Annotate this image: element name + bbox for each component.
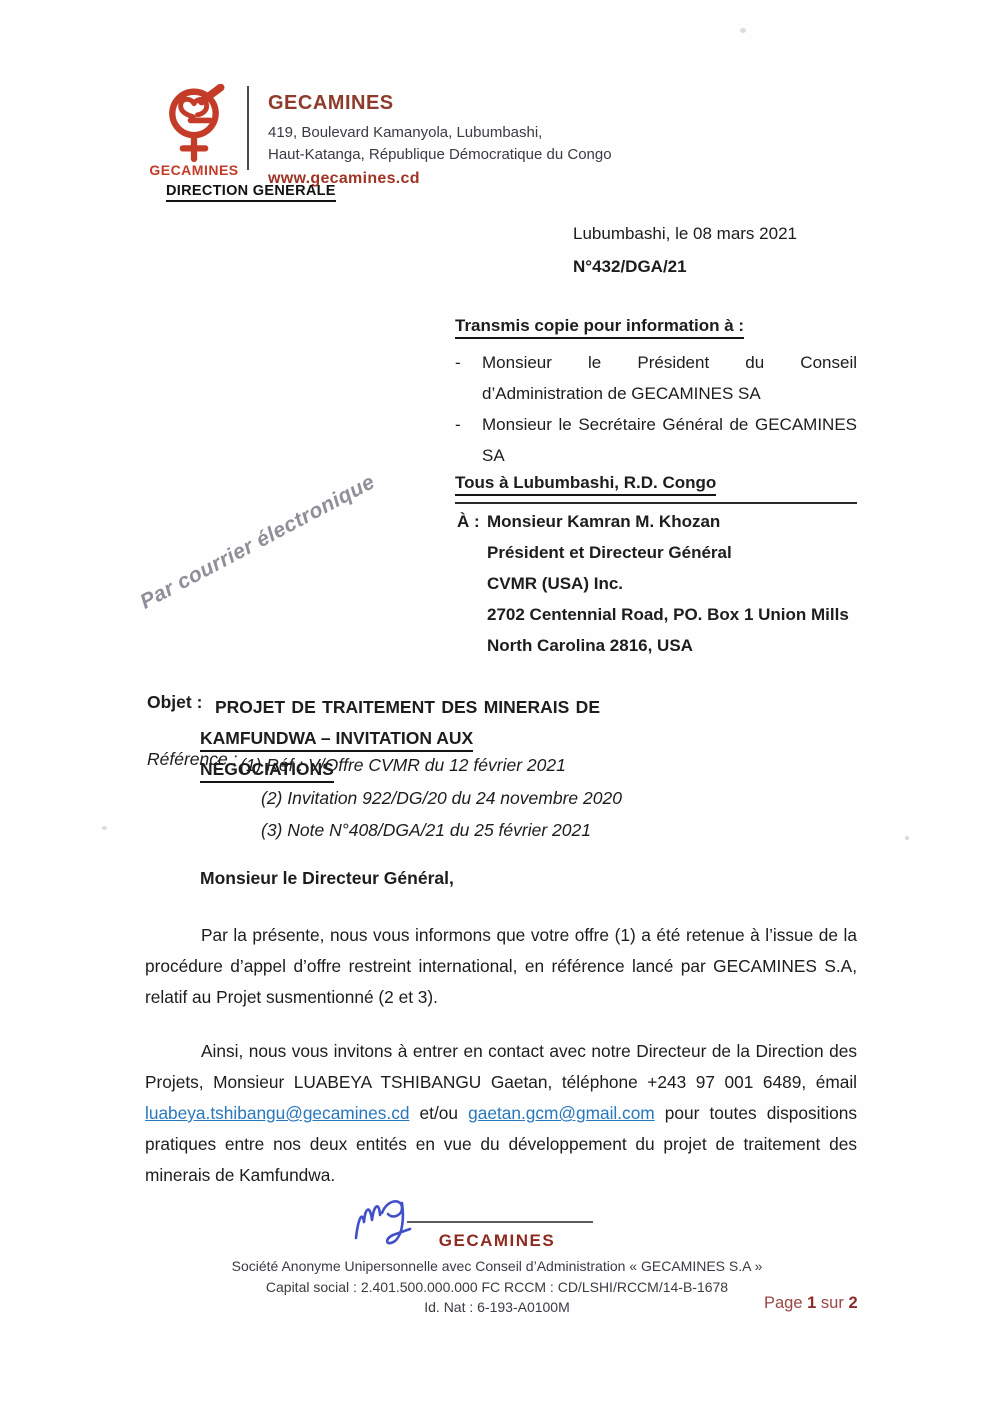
paragraph2-text: et/ou <box>409 1103 468 1123</box>
body-paragraph-2: Ainsi, nous vous invitons à entrer en co… <box>145 1036 857 1191</box>
body-paragraph-1: Par la présente, nous vous informons que… <box>145 920 857 1013</box>
copy-block-title: Transmis copie pour information à : <box>455 316 857 336</box>
references-block: Référence : (1) Réf : V/Offre CVMR du 12… <box>147 749 622 847</box>
scan-speck <box>740 28 746 33</box>
footer-block: GECAMINES Société Anonyme Unipersonnelle… <box>146 1231 848 1318</box>
recipient-block: À : Monsieur Kamran M. Khozan Président … <box>457 506 859 661</box>
letter-page: GECAMINES GECAMINES 419, Boulevard Kaman… <box>0 0 992 1403</box>
email-link-gecamines[interactable]: luabeya.tshibangu@gecamines.cd <box>145 1103 409 1123</box>
company-website: www.gecamines.cd <box>268 170 748 188</box>
copy-location-line: Tous à Lubumbashi, R.D. Congo <box>455 473 857 493</box>
recipient-name: Monsieur Kamran M. Khozan <box>487 506 720 537</box>
electronic-mail-stamp: Par courrier électronique <box>136 467 386 615</box>
paragraph2-text: Ainsi, nous vous invitons à entrer en co… <box>145 1041 857 1092</box>
copy-item: - Monsieur le Secrétaire Général de GECA… <box>455 409 857 471</box>
letterhead: GECAMINES 419, Boulevard Kamanyola, Lubu… <box>268 92 748 188</box>
recipient-street: 2702 Centennial Road, PO. Box 1 Union Mi… <box>487 599 849 630</box>
signature-line <box>407 1221 593 1223</box>
salutation: Monsieur le Directeur Général, <box>200 868 454 889</box>
department-title: DIRECTION GENERALE <box>166 183 336 199</box>
recipient-company: CVMR (USA) Inc. <box>487 568 623 599</box>
footer-legal-line1: Société Anonyme Unipersonnelle avec Cons… <box>146 1256 848 1277</box>
company-address-line2: Haut-Katanga, République Démocratique du… <box>268 144 748 166</box>
copy-item: - Monsieur le Président du Conseil d’Adm… <box>455 347 857 409</box>
reference-item: (1) Réf : V/Offre CVMR du 12 février 202… <box>240 749 622 782</box>
recipient-title: Président et Directeur Général <box>487 537 732 568</box>
page-number-indicator: Page 1 sur 2 <box>764 1294 858 1313</box>
horizontal-rule <box>455 502 857 504</box>
scan-speck <box>102 826 107 830</box>
company-name: GECAMINES <box>268 92 748 115</box>
copy-item-text: Monsieur le Secrétaire Général de GECAMI… <box>482 409 857 471</box>
footer-legal-line2: Capital social : 2.401.500.000.000 FC RC… <box>146 1277 848 1298</box>
email-link-gmail[interactable]: gaetan.gcm@gmail.com <box>468 1103 655 1123</box>
dash-marker: - <box>455 347 482 409</box>
copy-item-text: Monsieur le Président du Conseil d’Admin… <box>482 347 857 409</box>
reference-item: (2) Invitation 922/DG/20 du 24 novembre … <box>261 782 622 815</box>
recipient-city: North Carolina 2816, USA <box>487 630 693 661</box>
footer-company-name: GECAMINES <box>146 1231 848 1251</box>
date-block: Lubumbashi, le 08 mars 2021 N°432/DGA/21 <box>573 224 797 277</box>
company-address-line1: 419, Boulevard Kamanyola, Lubumbashi, <box>268 122 748 144</box>
letter-reference-number: N°432/DGA/21 <box>573 257 797 277</box>
header-divider <box>247 86 249 170</box>
logo-wordmark: GECAMINES <box>138 162 250 178</box>
subject-label: Objet : <box>147 692 202 713</box>
gecamines-logo-icon <box>158 84 230 168</box>
scan-speck <box>905 836 909 840</box>
reference-item: (3) Note N°408/DGA/21 du 25 février 2021 <box>261 814 622 847</box>
footer-legal-line3: Id. Nat : 6-193-A0100M <box>146 1297 848 1318</box>
date-line: Lubumbashi, le 08 mars 2021 <box>573 224 797 244</box>
references-label: Référence : <box>147 749 237 770</box>
recipient-prefix: À : <box>457 506 487 537</box>
subject-line1: PROJET DE TRAITEMENT DES MINERAIS DE <box>200 692 600 723</box>
copy-for-information-block: Transmis copie pour information à : - Mo… <box>455 316 857 504</box>
dash-marker: - <box>455 409 482 471</box>
